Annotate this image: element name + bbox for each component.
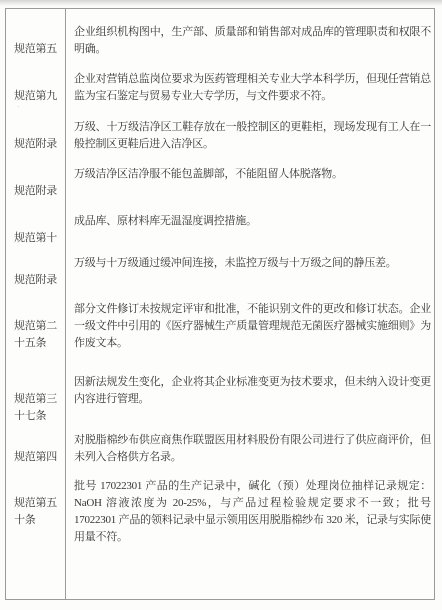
table-row: 规范第三 十七条 因新法规发生变化，企业将其企业标准变更为技术要求，但未纳入设计… [6,362,434,420]
table-row: 规范附录 2.2.2 万级与十万级通过缓冲间连接，未监控万级与十万级之间的静压差… [6,243,434,289]
clause-label: 规范第二 十五条 [14,320,57,349]
clause-cell: 规范第九 条 [6,59,66,107]
finding-cell: 万级洁净区洁净服不能包盖脚部，不能阻留人体脱落物。 [66,154,434,201]
scan-artifact [0,0,442,6]
clause-label: 规范附录 2.1.2 [14,138,57,154]
finding-cell: 企业组织机构图中，生产部、质量部和销售部对成品库的管理职责和权限不明确。 [66,9,434,59]
clause-label: 规范第九 条 [14,90,57,107]
clause-label: 规范附录 2.1.4 [14,185,57,201]
clause-cell: 规范第二 十五条 [6,289,66,362]
table-row: 规范第五 十条 批号 17022301 产品的生产记录中，碱化（预）处理岗位抽样… [6,466,434,599]
scanned-document-page: 规范第五 条 企业组织机构图中，生产部、质量部和销售部对成品库的管理职责和权限不… [0,0,442,610]
finding-text: 企业组织机构图中，生产部、质量部和销售部对成品库的管理职责和权限不明确。 [74,26,431,55]
clause-cell: 规范附录 2.2.2 [6,243,66,289]
clause-cell: 规范第五 十条 [6,466,66,599]
finding-cell: 成品库、原材料库无温湿度调控措施。 [66,201,434,243]
finding-text: 部分文件修订未按规定评审和批准，不能识别文件的更改和修订状态。企业一级文件中引用… [74,303,431,349]
finding-text: 对脱脂棉纱布供应商焦作联盟医用材料股份有限公司进行了供应商评价，但未列入合格供方… [74,434,431,463]
table-row: 规范第九 条 企业对营销总监岗位要求为医药管理相关专业大学本科学历，但现任营销总… [6,59,434,107]
clause-label: 规范第三 十七条 [14,393,57,420]
finding-text: 万级洁净区洁净服不能包盖脚部，不能阻留人体脱落物。 [74,168,343,180]
finding-cell: 万级与十万级通过缓冲间连接，未监控万级与十万级之间的静压差。 [66,243,434,289]
inspection-findings-table: 规范第五 条 企业组织机构图中，生产部、质量部和销售部对成品库的管理职责和权限不… [5,8,435,600]
clause-label: 规范第五 十条 [14,497,57,526]
clause-label: 规范第十 七条 [14,232,57,243]
finding-cell: 批号 17022301 产品的生产记录中，碱化（预）处理岗位抽样记录规定：NaO… [66,466,434,599]
clause-cell: 规范第十 七条 [6,201,66,243]
table-row: 规范第四 十一条 对脱脂棉纱布供应商焦作联盟医用材料股份有限公司进行了供应商评价… [6,420,434,466]
clause-cell: 规范第四 十一条 [6,420,66,466]
finding-cell: 对脱脂棉纱布供应商焦作联盟医用材料股份有限公司进行了供应商评价，但未列入合格供方… [66,420,434,466]
clause-label: 规范第五 条 [14,43,57,59]
finding-text: 批号 17022301 产品的生产记录中，碱化（预）处理岗位抽样记录规定：NaO… [74,480,431,543]
clause-cell: 规范第三 十七条 [6,362,66,420]
clause-cell: 规范第五 条 [6,9,66,59]
finding-text: 因新法规发生变化，企业将其企业标准变更为技术要求，但未纳入设计变更内容进行管理。 [74,376,431,405]
finding-text: 万级、十万级洁净区工鞋存放在一般控制区的更鞋柜，现场发现有工人在一般控制区更鞋后… [74,121,431,150]
finding-text: 万级与十万级通过缓冲间连接，未监控万级与十万级之间的静压差。 [74,257,397,269]
finding-cell: 万级、十万级洁净区工鞋存放在一般控制区的更鞋柜，现场发现有工人在一般控制区更鞋后… [66,107,434,154]
finding-text: 企业对营销总监岗位要求为医药管理相关专业大学本科学历，但现任营销总监为宝石鉴定与… [74,73,431,102]
table-row: 规范附录 2.1.4 万级洁净区洁净服不能包盖脚部，不能阻留人体脱落物。 [6,154,434,201]
clause-label: 规范附录 2.2.2 [14,274,57,289]
clause-cell: 规范附录 2.1.2 [6,107,66,154]
clause-cell: 规范附录 2.1.4 [6,154,66,201]
table-row: 规范第十 七条 成品库、原材料库无温湿度调控措施。 [6,201,434,243]
clause-label: 规范第四 十一条 [14,451,57,466]
finding-text: 成品库、原材料库无温湿度调控措施。 [74,215,257,227]
finding-cell: 因新法规发生变化，企业将其企业标准变更为技术要求，但未纳入设计变更内容进行管理。 [66,362,434,420]
finding-cell: 部分文件修订未按规定评审和批准，不能识别文件的更改和修订状态。企业一级文件中引用… [66,289,434,362]
table-row: 规范第二 十五条 部分文件修订未按规定评审和批准，不能识别文件的更改和修订状态。… [6,289,434,362]
table-row: 规范第五 条 企业组织机构图中，生产部、质量部和销售部对成品库的管理职责和权限不… [6,9,434,59]
finding-cell: 企业对营销总监岗位要求为医药管理相关专业大学本科学历，但现任营销总监为宝石鉴定与… [66,59,434,107]
table-row: 规范附录 2.1.2 万级、十万级洁净区工鞋存放在一般控制区的更鞋柜，现场发现有… [6,107,434,154]
